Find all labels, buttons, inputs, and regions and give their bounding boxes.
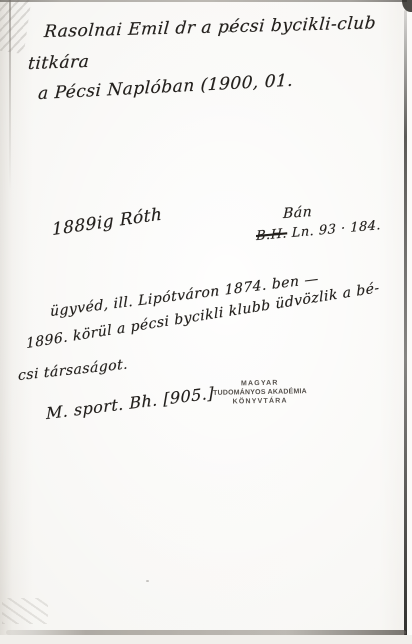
library-stamp: MAGYAR TUDOMÁNYOS AKADÉMIA KÖNYVTÁRA [210, 378, 310, 407]
stamp-line3: KÖNYVTÁRA [210, 396, 310, 407]
handwriting-reference-line1: Bán [283, 204, 313, 222]
handwriting-block-line3: csi társaságot. [18, 356, 128, 384]
handwriting-shelfmark: M. sport. Bh. [905.] [46, 383, 214, 423]
smudge-top-left [0, 0, 32, 54]
paper-edge-right-line [404, 10, 407, 644]
smudge-bottom-left [2, 598, 48, 624]
handwriting-reference-rest: Ln. 93 · 184. [287, 218, 381, 241]
handwriting-title-line1: Rasolnai Emil dr a pécsi bycikli-club [43, 13, 377, 42]
handwriting-title-line2: titkára [27, 52, 90, 74]
paper-edge-bottom-shadow [6, 630, 406, 635]
paper-edge-bottom-margin [0, 635, 412, 644]
ink-speck [146, 580, 149, 582]
paper-edge-right-margin [407, 0, 412, 644]
handwriting-note-1889: 1889ig Róth [52, 204, 163, 240]
paper-edge-top [0, 0, 412, 2]
handwriting-reference-line2: B.H. Ln. 93 · 184. [256, 218, 381, 244]
handwriting-title-line3: a Pécsi Naplóban (1900, 01. [37, 71, 293, 104]
scanned-document-page: Rasolnai Emil dr a pécsi bycikli-club ti… [0, 0, 412, 644]
handwriting-struck-word: B.H. [256, 226, 287, 244]
